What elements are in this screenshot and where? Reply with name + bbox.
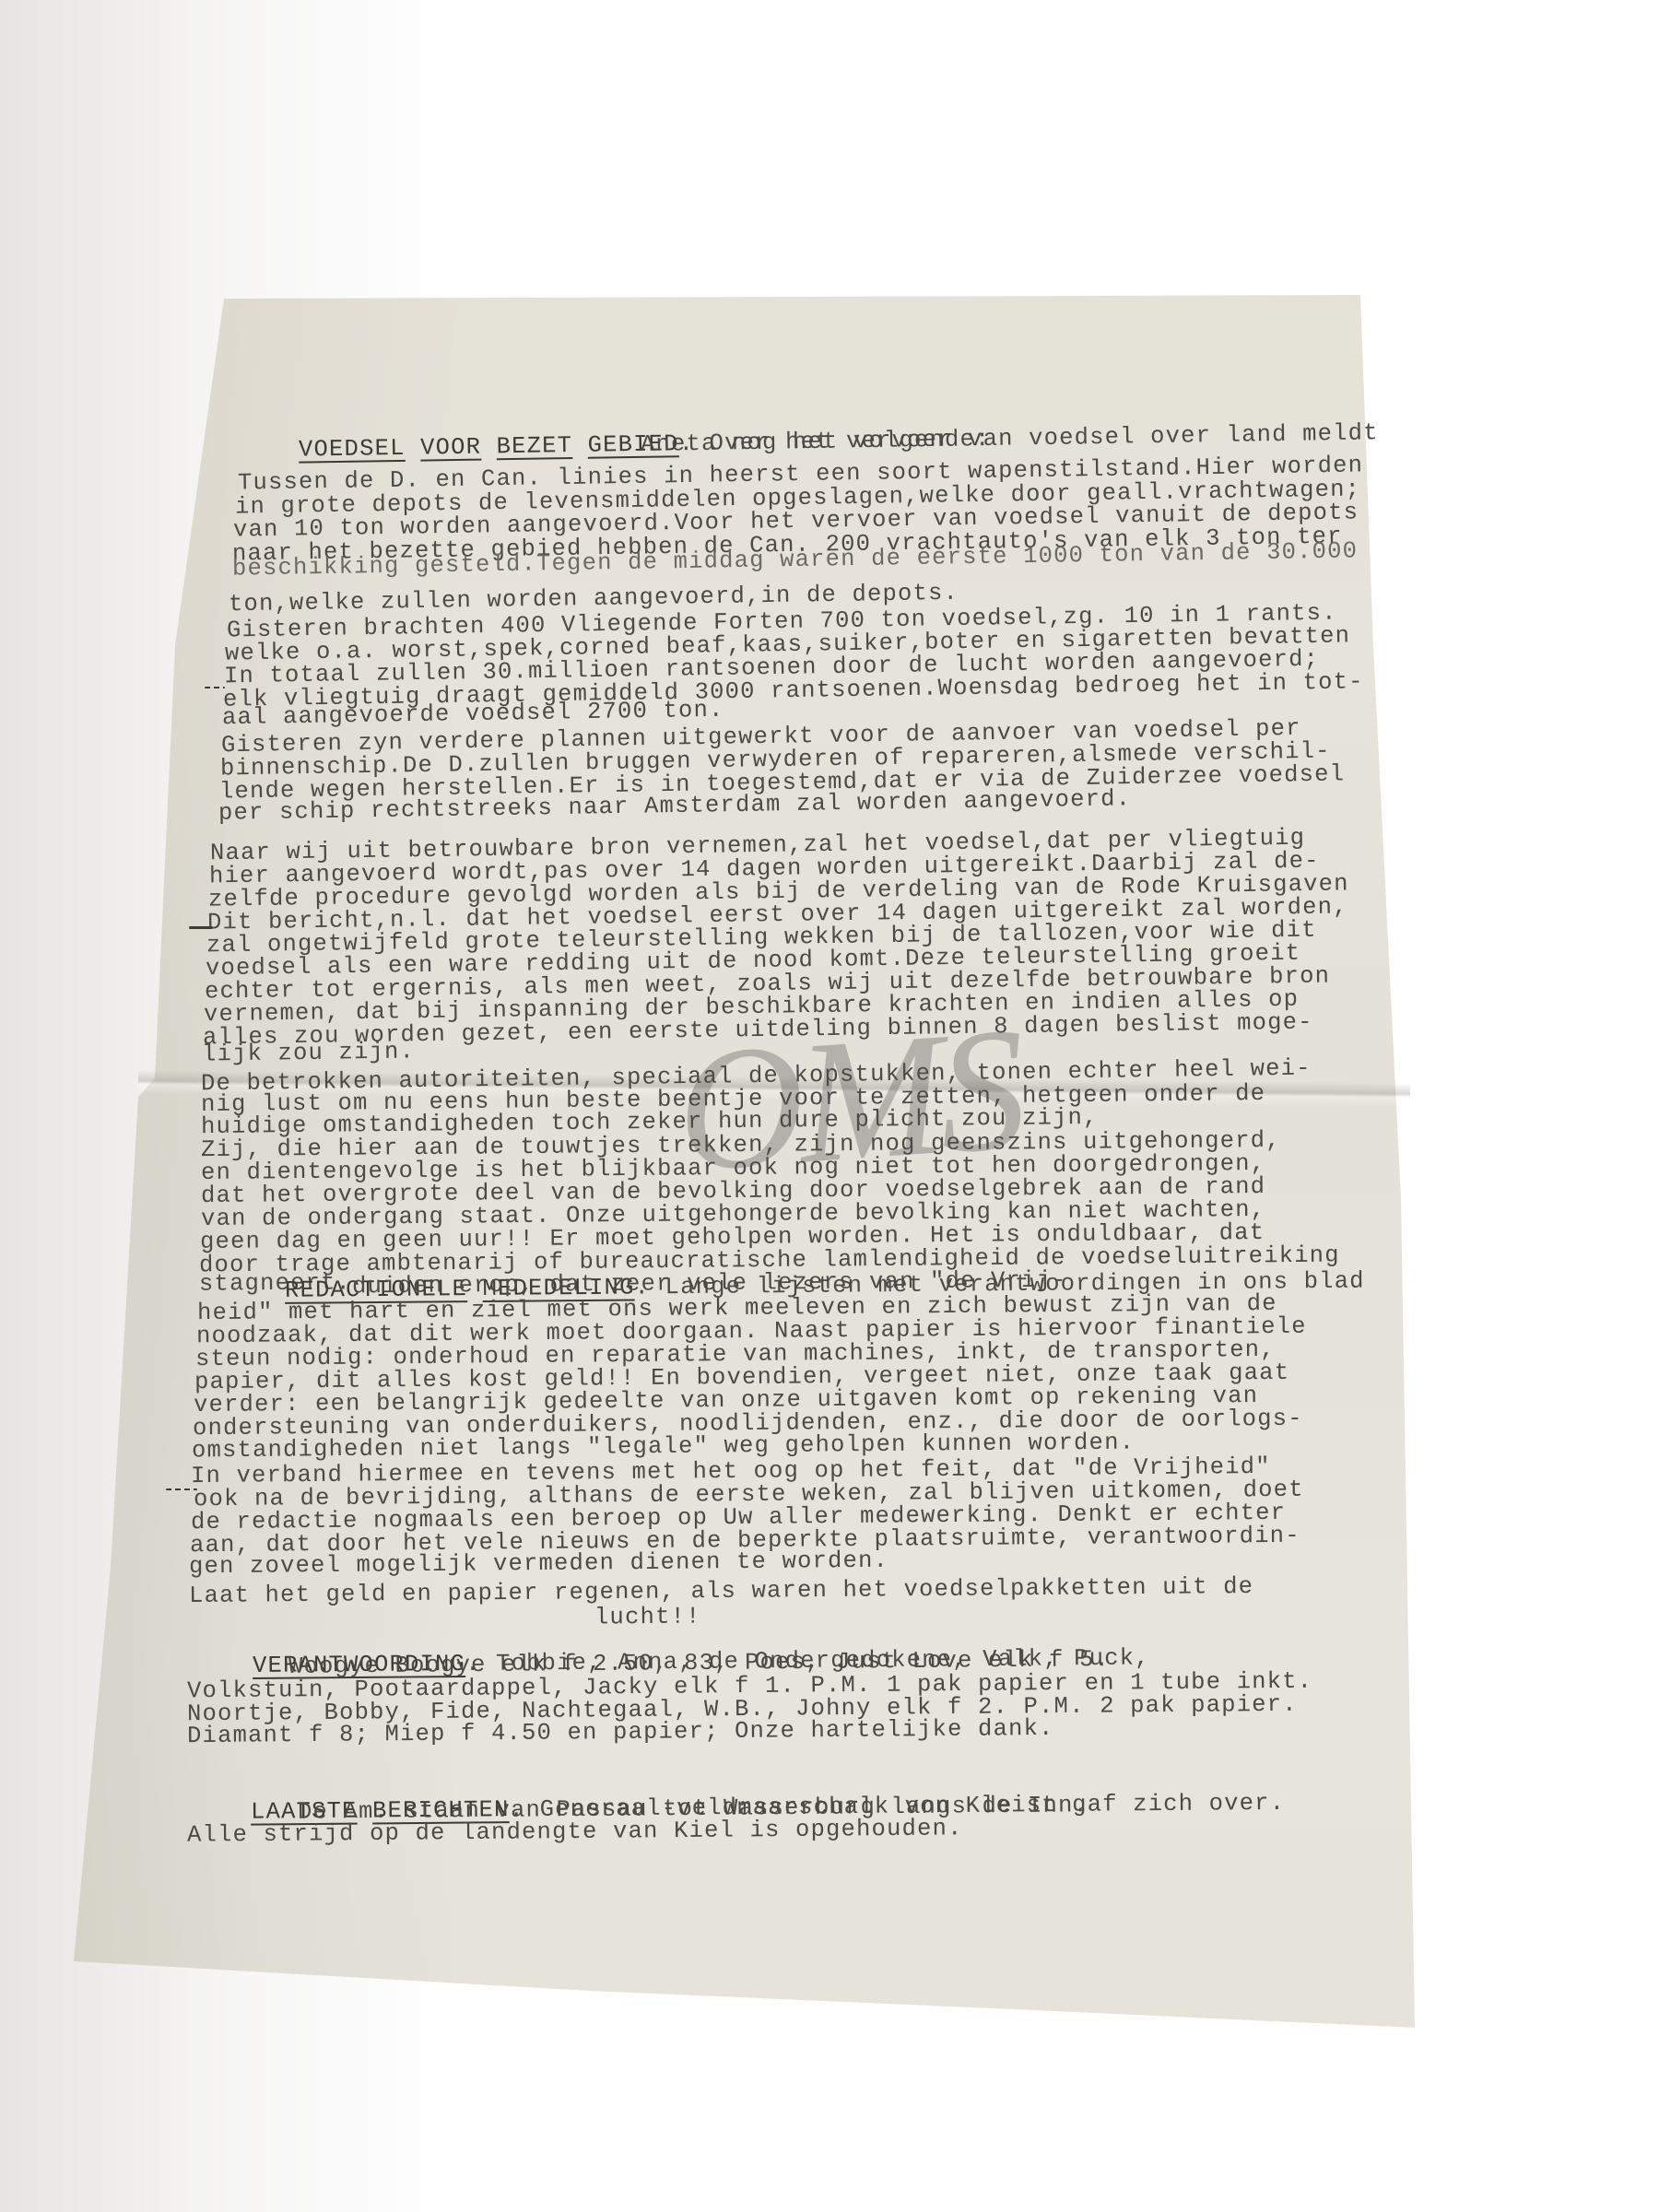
heading-word: VOOR	[420, 434, 481, 462]
text-line: lijk zou zijn.	[202, 1038, 415, 1067]
heading-word: BEZET	[496, 432, 572, 460]
heading-word: VOEDSEL	[299, 435, 406, 464]
typed-document: VOEDSEL VOOR BEZET GEBIED. Over het verv…	[0, 0, 30, 2005]
text-line: Aneta nog het volgende:	[641, 426, 991, 458]
watermark: OMS	[671, 988, 1028, 1212]
margin-pen-mark	[166, 1488, 197, 1490]
margin-pen-mark	[205, 687, 225, 688]
margin-pen-mark	[189, 926, 213, 929]
